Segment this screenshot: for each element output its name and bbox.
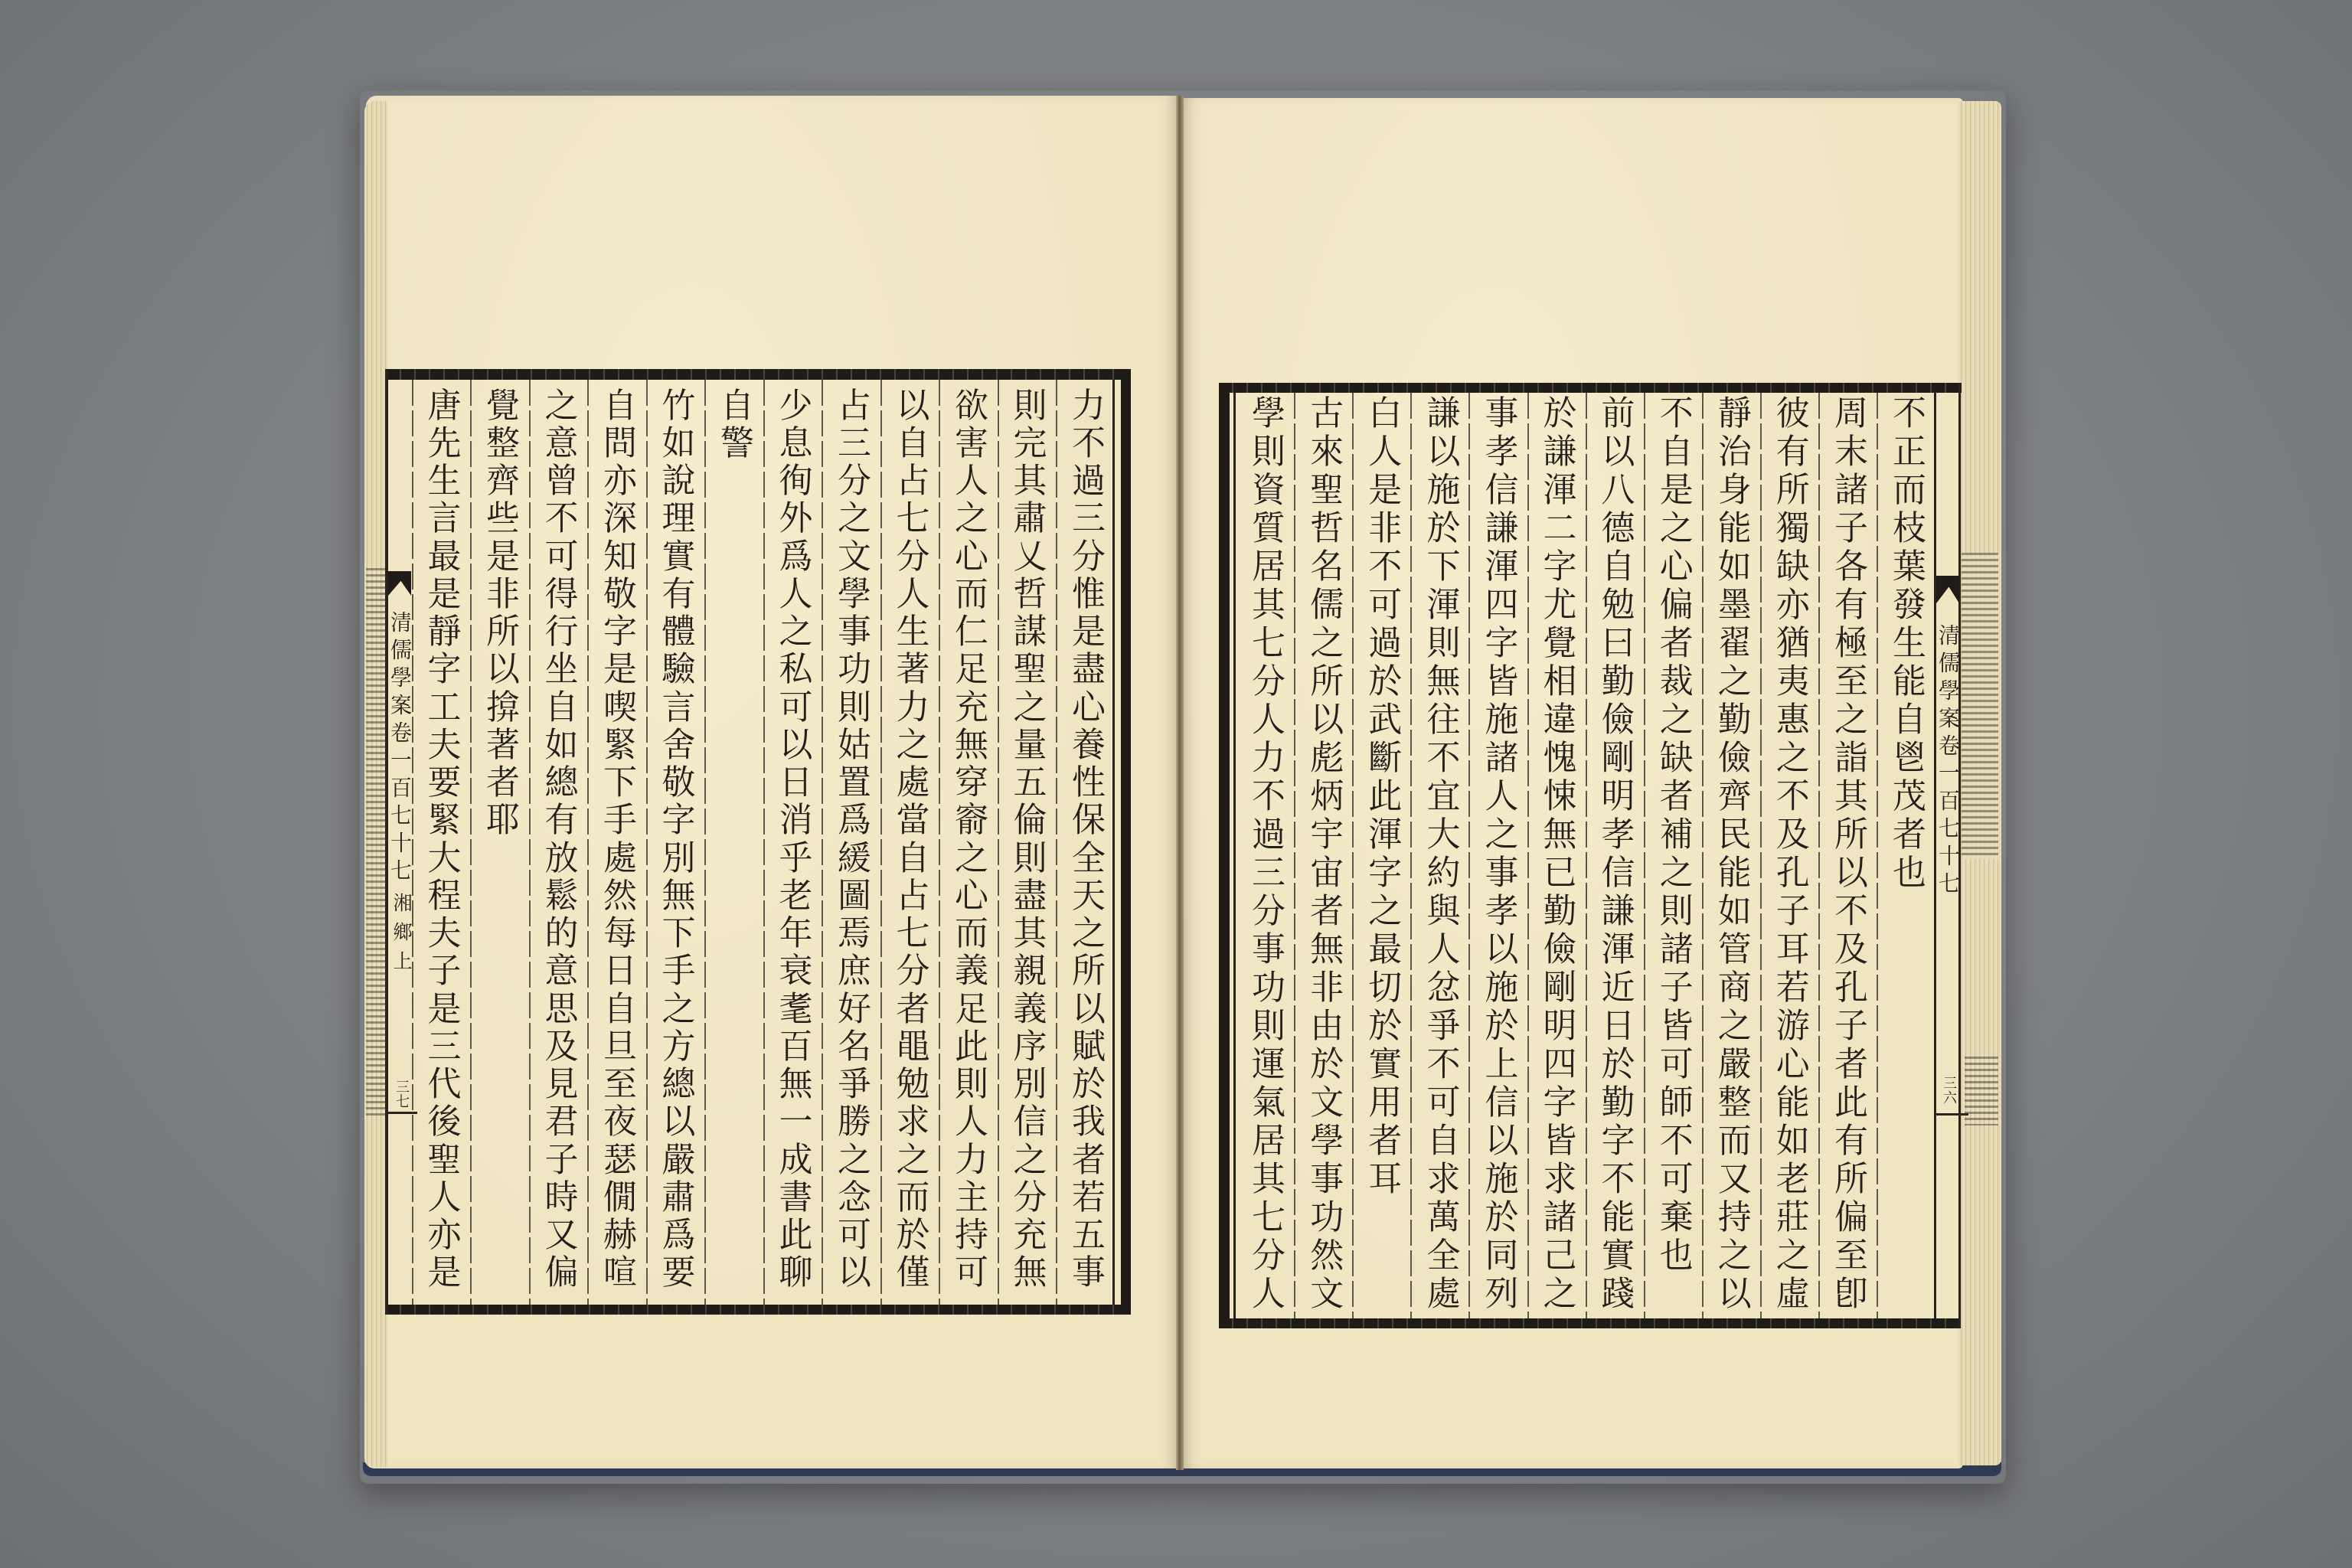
text-column: 白人是非不可過於武斷此渾字之最切於實用者耳 [1352, 393, 1410, 1318]
text-column: 欲害人之心而仁足充無穿窬之心而義足此則人力主持可 [939, 380, 997, 1305]
page-number: 三七 [390, 1080, 413, 1109]
text-column: 唐先生言最是靜字工夫要緊大程夫子是三代後聖人亦是 [412, 380, 470, 1305]
text-column: 以自占七分人生著力之處當自占七分者黽勉求之而於僅 [880, 380, 939, 1305]
text-column: 不正而枝葉發生能自鬯茂者也 [1877, 393, 1935, 1318]
text-column: 力不過三分惟是盡心養性保全天之所以賦於我者若五事 [1056, 380, 1114, 1305]
right-frame-left-border [1219, 383, 1230, 1328]
text-column: 不自是之心偏者裁之缺者補之則諸子皆可師不可棄也 [1644, 393, 1702, 1318]
text-column: 彼有所獨缺亦猶夷惠之不及孔子耳若游心能如老莊之虛 [1760, 393, 1818, 1318]
right-frame-top-border [1219, 383, 1962, 393]
text-column: 自問亦深知敬字是喫緊下手處然每日自旦至夜瑟僩赫喧 [587, 380, 645, 1305]
book-gutter [1176, 96, 1184, 1470]
text-column: 前以八德自勉曰勤儉剛明孝信謙渾近日於勤字不能實踐 [1586, 393, 1644, 1318]
text-column: 學則資質居其七分人力不過三分事功則運氣居其七分人 [1236, 393, 1294, 1318]
left-stack-banxin-ghost [366, 568, 386, 1119]
text-column: 周末諸子各有極至之詣其所以不及孔子者此有所偏至卽 [1818, 393, 1877, 1318]
text-column: 占三分之文學事功則姑置爲緩圖焉庶好名爭勝之念可以 [822, 380, 880, 1305]
banxin-section: 湘鄉上 [390, 893, 413, 980]
text-column: 竹如說理實有體驗言舍敬字別無下手之方總以嚴肅爲要 [646, 380, 704, 1305]
left-frame-bottom-border [387, 1305, 1131, 1315]
text-column: 少息徇外爲人之私可以日消乎老年衰耄百無一成書此聊 [763, 380, 822, 1305]
text-column: 於謙渾二字尤覺相違愧悚無已勤儉剛明四字皆求諸己之 [1527, 393, 1586, 1318]
text-column: 之意曾不可得行坐自如總有放鬆的意思及見君子時又偏 [529, 380, 587, 1305]
right-frame-bottom-border [1219, 1318, 1960, 1328]
banxin-title: 清儒學案卷一百七十七 [1936, 624, 1959, 900]
text-column: 覺整齊些是非所以揜著者耶 [470, 380, 528, 1305]
page-number-rule [1934, 1113, 1968, 1116]
right-stack-number-ghost [1965, 1057, 1998, 1125]
text-column: 自警 [704, 380, 763, 1305]
page-number: 三六 [1937, 1076, 1960, 1105]
text-column: 事孝信謙渾四字皆施諸人之事孝以施於上信以施於同列 [1468, 393, 1527, 1318]
text-column: 謙以施於下渾則無往不宜大約與人忿爭不可自求萬全處 [1410, 393, 1468, 1318]
banxin-title: 清儒學案卷一百七十七 [388, 611, 411, 887]
text-column: 則完其肅乂哲謀聖之量五倫則盡其親義序別信之分充無 [998, 380, 1056, 1305]
text-column: 古來聖哲名儒之所以彪炳宇宙者無非由於文學事功然文 [1294, 393, 1352, 1318]
left-frame-top-border [387, 369, 1131, 380]
right-stack-banxin-ghost [1962, 553, 1998, 859]
left-frame-right-border [1121, 369, 1131, 1315]
text-column: 靜治身能如墨翟之勤儉齊民能如管商之嚴整而又持之以 [1702, 393, 1760, 1318]
